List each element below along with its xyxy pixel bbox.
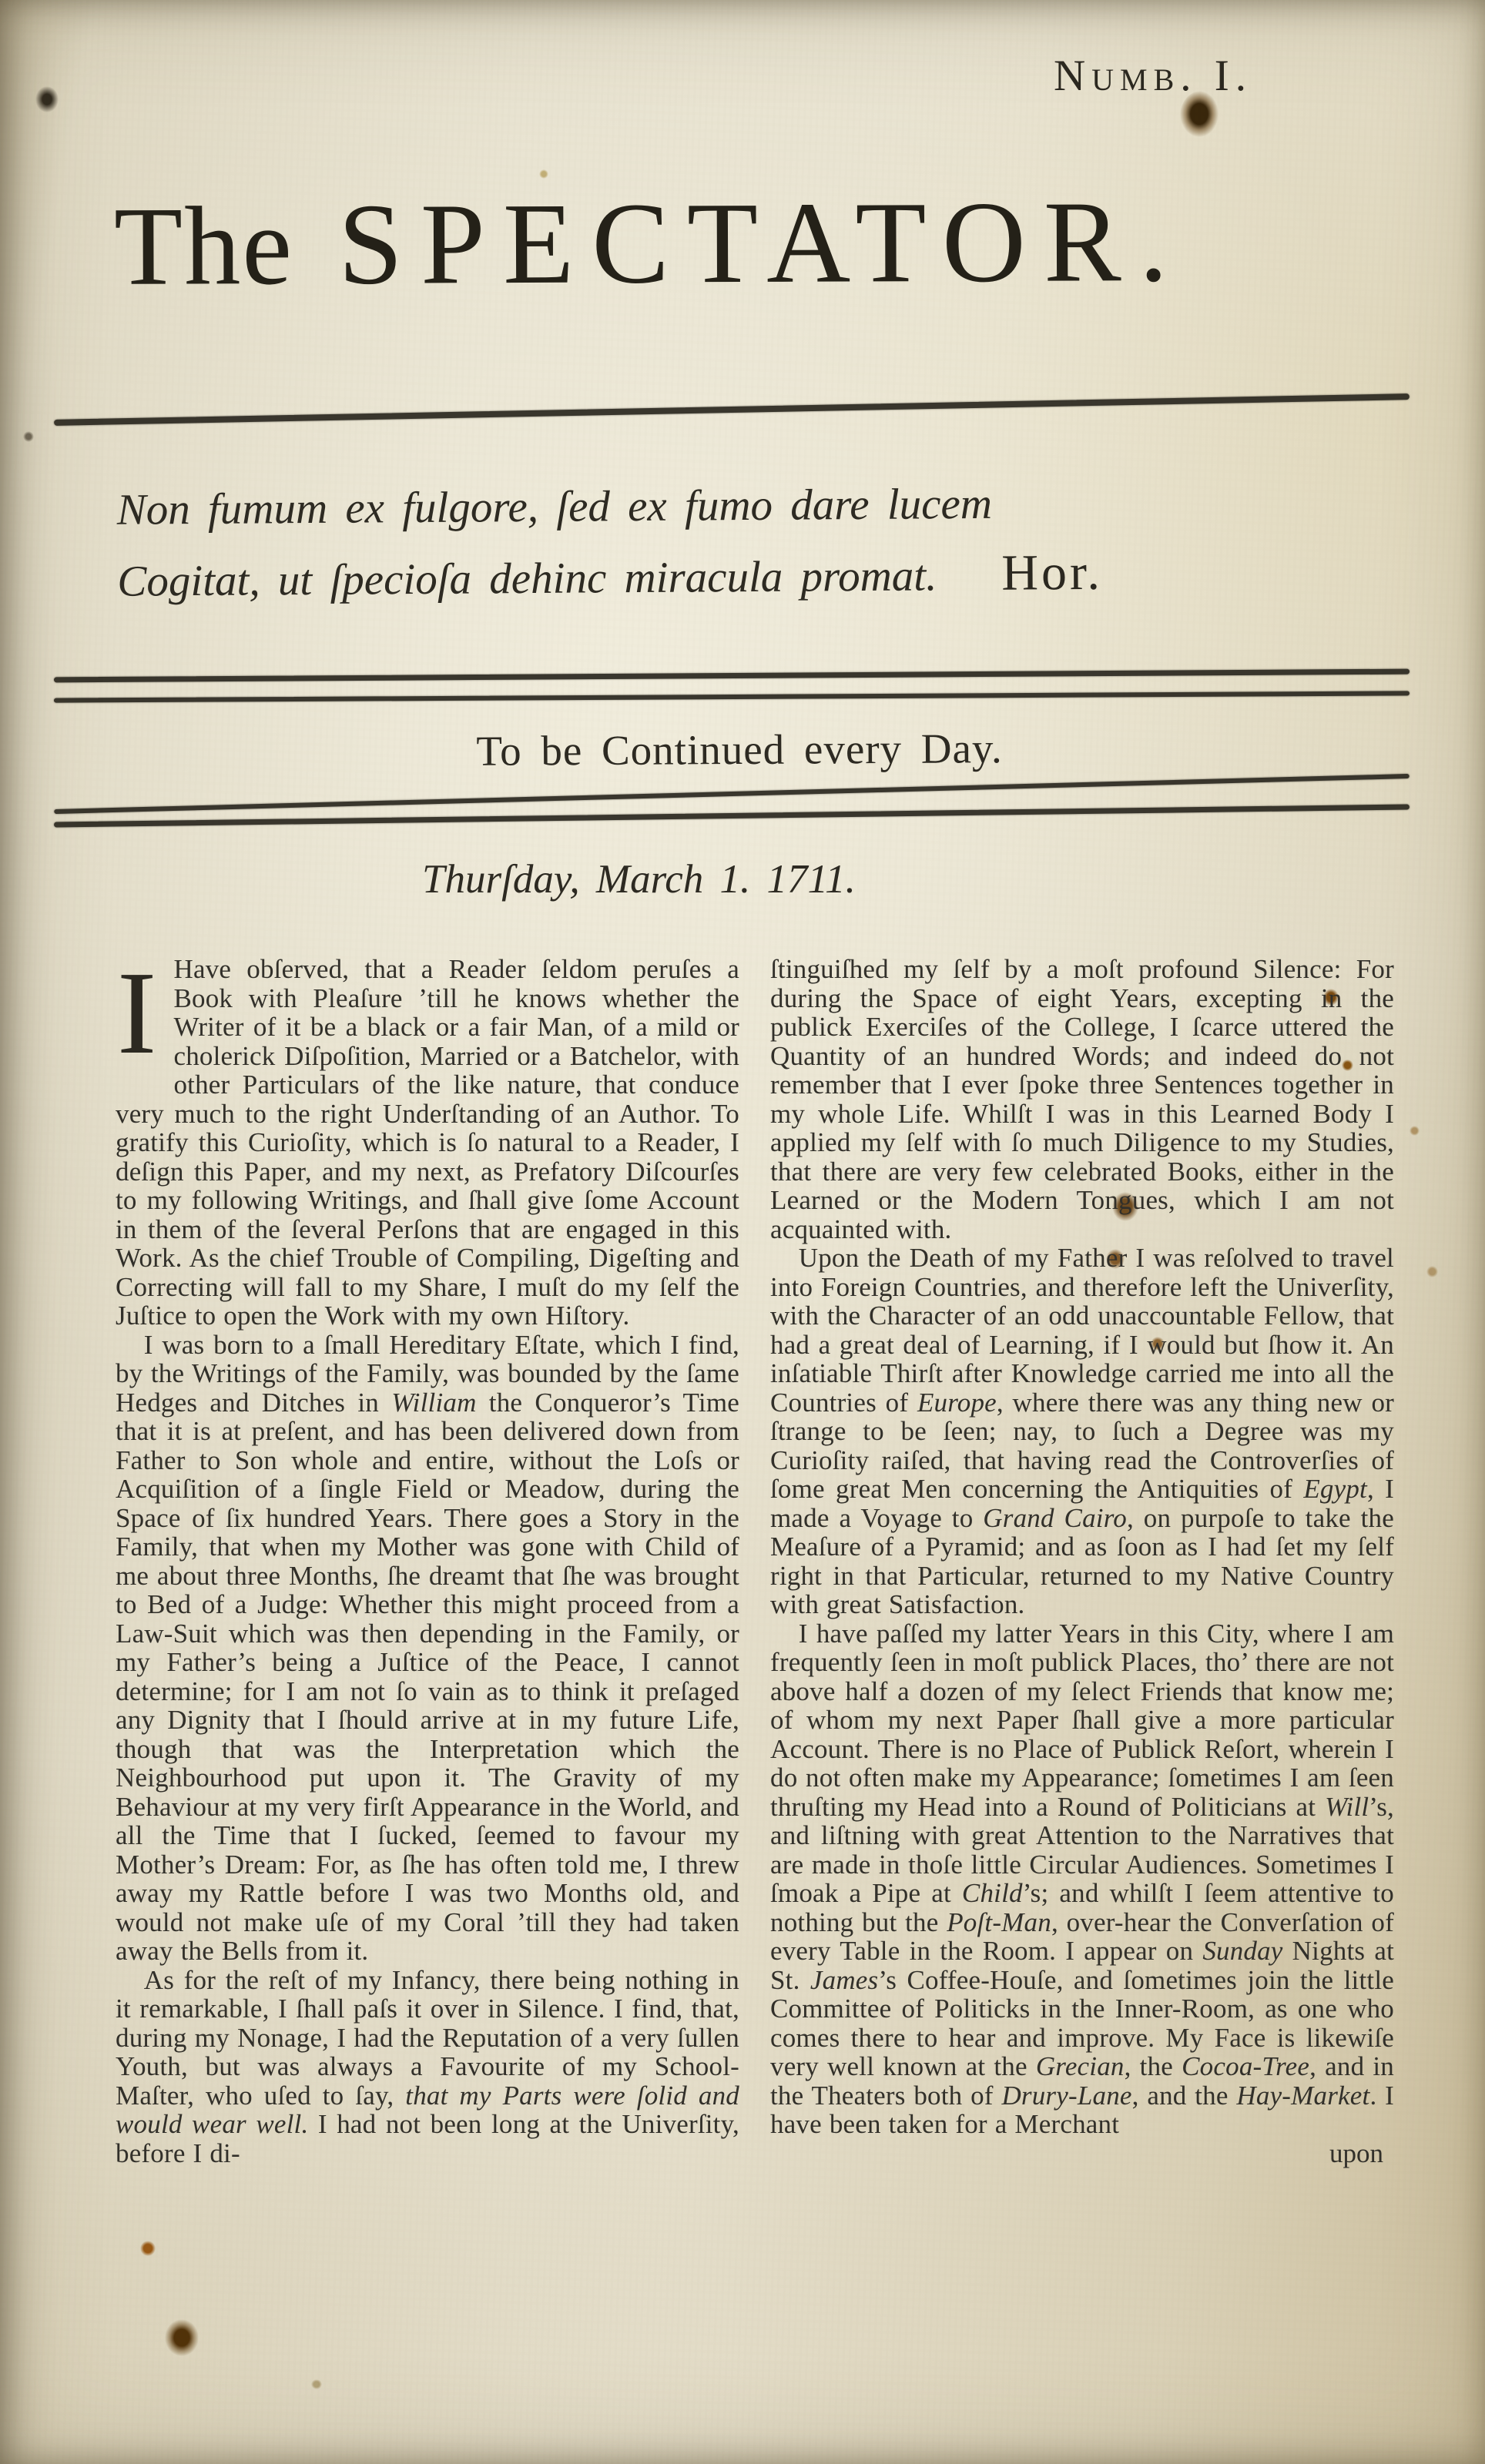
motto-line-1: Non fumum ex fulgore, ſed ex fumo dare l… xyxy=(116,467,1380,544)
foxing-spot xyxy=(1426,1266,1438,1277)
italic-text-segment: Grecian xyxy=(1036,2051,1125,2081)
italic-text-segment: Poſt-Man xyxy=(947,1907,1051,1937)
text-segment: Have obſerved, that a Reader ſeldom peru… xyxy=(116,954,739,1331)
motto-block: Non fumum ex fulgore, ſed ex fumo dare l… xyxy=(116,467,1380,616)
masthead-the: The xyxy=(114,181,294,311)
ruled-line xyxy=(54,691,1410,702)
body-paragraph: ſtinguiſhed my ſelf by a moſt profound S… xyxy=(770,955,1394,1244)
text-segment: I have paſſed my latter Years in this Ci… xyxy=(770,1619,1394,1822)
masthead-title: SPECTATOR. xyxy=(338,174,1186,311)
motto-line-2: Cogitat, ut ſpecioſa dehinc miracula pro… xyxy=(117,541,937,616)
continuation-notice: To be Continued every Day. xyxy=(323,723,1155,776)
ruled-line xyxy=(54,393,1410,426)
drop-cap-initial: I xyxy=(117,959,156,1071)
body-paragraph: Upon the Death of my Father I was reſolv… xyxy=(770,1244,1394,1619)
body-paragraph: IHave obſerved, that a Reader ſeldom per… xyxy=(116,955,739,1331)
foxing-spot xyxy=(1410,1126,1420,1136)
catchword: upon xyxy=(770,2139,1394,2168)
text-segment: , and the xyxy=(1132,2081,1237,2111)
dateline: Thurſday, March 1. 1711. xyxy=(422,856,856,902)
italic-text-segment: Egypt xyxy=(1303,1474,1367,1504)
column-right: ſtinguiſhed my ſelf by a moſt profound S… xyxy=(770,955,1394,2310)
column-right-paragraphs: ſtinguiſhed my ſelf by a moſt profound S… xyxy=(770,955,1394,2139)
body-paragraph: I was born to a ſmall Hereditary Eſtate,… xyxy=(116,1331,739,1966)
masthead: The SPECTATOR. xyxy=(114,173,1378,312)
italic-text-segment: Sunday xyxy=(1202,1936,1282,1966)
edge-smudge xyxy=(23,431,34,442)
text-segment: , the xyxy=(1125,2051,1182,2081)
motto-attribution: Hor. xyxy=(1001,538,1103,608)
italic-text-segment: James xyxy=(810,1965,878,1995)
italic-text-segment: Will xyxy=(1325,1792,1369,1822)
body-paragraph: I have paſſed my latter Years in this Ci… xyxy=(770,1619,1394,2139)
body-paragraph: As for the reſt of my Infancy, there bei… xyxy=(116,1966,739,2168)
column-left: IHave obſerved, that a Reader ſeldom per… xyxy=(116,955,739,2310)
edge-smudge xyxy=(35,86,59,112)
text-segment: the Conqueror’s Time that it is at preſe… xyxy=(116,1388,739,1967)
spectator-front-page: Numb. I. The SPECTATOR. Non fumum ex ful… xyxy=(0,0,1485,2464)
body-text: IHave obſerved, that a Reader ſeldom per… xyxy=(116,955,1394,2310)
italic-text-segment: Child xyxy=(962,1878,1023,1908)
italic-text-segment: Hay-Market xyxy=(1236,2081,1369,2111)
ink-blotch xyxy=(165,2319,199,2356)
text-segment: ſtinguiſhed my ſelf by a moſt profound S… xyxy=(770,954,1394,1244)
foxing-spot xyxy=(311,2379,322,2389)
italic-text-segment: William xyxy=(391,1388,476,1418)
issue-number: Numb. I. xyxy=(1054,51,1252,101)
ruled-line xyxy=(54,669,1410,683)
italic-text-segment: Europe xyxy=(917,1388,997,1418)
italic-text-segment: Drury-Lane xyxy=(1001,2081,1131,2111)
italic-text-segment: Grand Cairo xyxy=(983,1503,1127,1533)
italic-text-segment: Cocoa-Tree xyxy=(1182,2051,1309,2081)
